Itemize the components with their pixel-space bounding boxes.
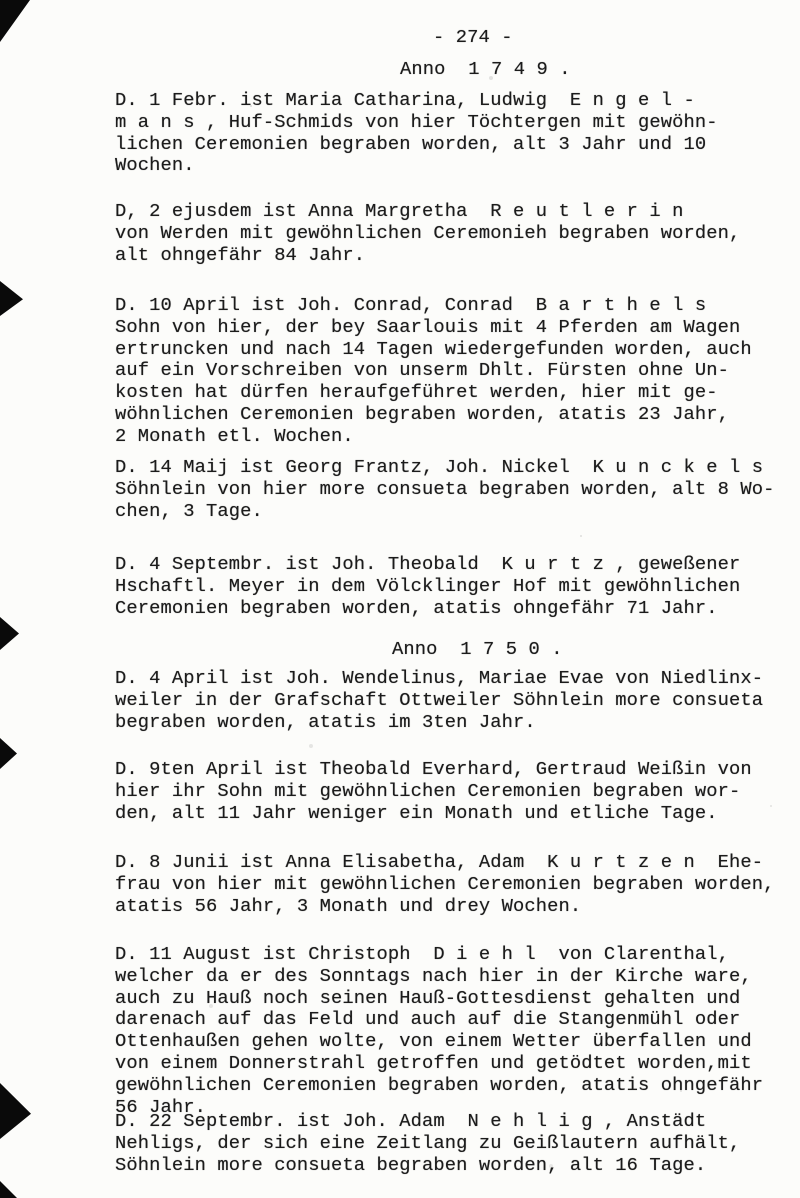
entry-line: Sohn von hier, der bey Saarlouis mit 4 P… <box>115 317 780 339</box>
entry-line: D, 2 ejusdem ist Anna Margretha R e u t … <box>115 201 780 223</box>
entry-line: chen, 3 Tage. <box>115 501 780 523</box>
entry-line: Nehligs, der sich eine Zeitlang zu Geißl… <box>115 1133 780 1155</box>
entry-line: D. 4 Septembr. ist Joh. Theobald K u r t… <box>115 554 780 576</box>
burial-entry-1750-apr-4: D. 4 April ist Joh. Wendelinus, Mariae E… <box>115 668 780 733</box>
entry-line: den, alt 11 Jahr weniger ein Monath und … <box>115 803 780 825</box>
entry-line: Wochen. <box>115 155 780 177</box>
burial-entry-1750-apr-9: D. 9ten April ist Theobald Everhard, Ger… <box>115 759 780 824</box>
entry-line: auch zu Hauß noch seinen Hauß-Gottesdien… <box>115 988 780 1010</box>
entry-line: atatis 56 Jahr, 3 Monath und drey Wochen… <box>115 896 780 918</box>
entry-line: D. 10 April ist Joh. Conrad, Conrad B a … <box>115 295 780 317</box>
burial-entry-1750-aug-11: D. 11 August ist Christoph D i e h l von… <box>115 944 780 1118</box>
entry-line: ertruncken und nach 14 Tagen wiedergefun… <box>115 339 780 361</box>
entry-line: alt ohngefähr 84 Jahr. <box>115 245 780 267</box>
burial-entry-1749-feb-2: D, 2 ejusdem ist Anna Margretha R e u t … <box>115 201 780 266</box>
scan-artifact-top-left <box>0 0 30 42</box>
entry-line: D. 8 Junii ist Anna Elisabetha, Adam K u… <box>115 852 780 874</box>
section-heading-anno-1749: Anno 1 7 4 9 . <box>400 59 571 81</box>
burial-entry-1749-apr-10: D. 10 April ist Joh. Conrad, Conrad B a … <box>115 295 780 448</box>
entry-line: D. 9ten April ist Theobald Everhard, Ger… <box>115 759 780 781</box>
entry-line: Ceremonien begraben worden, atatis ohnge… <box>115 598 780 620</box>
page-number: - 274 - <box>433 27 513 49</box>
scan-artifact-left-2 <box>0 617 19 650</box>
entry-line: D. 1 Febr. ist Maria Catharina, Ludwig E… <box>115 90 780 112</box>
entry-line: D. 4 April ist Joh. Wendelinus, Mariae E… <box>115 668 780 690</box>
entry-line: welcher da er des Sonntags nach hier in … <box>115 966 780 988</box>
entry-line: 2 Monath etl. Wochen. <box>115 426 780 448</box>
entry-line: Söhnlein more consueta begraben worden, … <box>115 1155 780 1177</box>
entry-line: wöhnlichen Ceremonien begraben worden, a… <box>115 404 780 426</box>
burial-entry-1750-sep-22: D. 22 Septembr. ist Joh. Adam N e h l i … <box>115 1111 780 1176</box>
scan-artifact-bottom-corner <box>0 1181 17 1198</box>
scanned-register-page: - 274 - Anno 1 7 4 9 . Anno 1 7 5 0 . D.… <box>0 0 800 1198</box>
entry-line: von Werden mit gewöhnlichen Ceremonieh b… <box>115 223 780 245</box>
entry-line: hier ihr Sohn mit gewöhnlichen Ceremonie… <box>115 781 780 803</box>
entry-line: Söhnlein von hier more consueta begraben… <box>115 479 780 501</box>
entry-line: darenach auf das Feld und auch auf die S… <box>115 1009 780 1031</box>
scan-artifact-bottom-left <box>0 1083 31 1139</box>
burial-entry-1749-may-14: D. 14 Maij ist Georg Frantz, Joh. Nickel… <box>115 457 780 522</box>
entry-line: D. 22 Septembr. ist Joh. Adam N e h l i … <box>115 1111 780 1133</box>
entry-line: weiler in der Grafschaft Ottweiler Söhnl… <box>115 690 780 712</box>
burial-entry-1750-jun-8: D. 8 Junii ist Anna Elisabetha, Adam K u… <box>115 852 780 917</box>
scan-artifact-left-3 <box>0 738 17 769</box>
section-heading-anno-1750: Anno 1 7 5 0 . <box>392 639 563 661</box>
entry-line: m a n s , Huf-Schmids von hier Töchterge… <box>115 112 780 134</box>
entry-line: kosten hat dürfen heraufgeführet werden,… <box>115 382 780 404</box>
entry-line: D. 11 August ist Christoph D i e h l von… <box>115 944 780 966</box>
entry-line: von einem Donnerstrahl getroffen und get… <box>115 1053 780 1075</box>
entry-line: Ottenhaußen gehen wolte, von einem Wette… <box>115 1031 780 1053</box>
burial-entry-1749-feb-1: D. 1 Febr. ist Maria Catharina, Ludwig E… <box>115 90 780 177</box>
burial-entry-1749-sep-4: D. 4 Septembr. ist Joh. Theobald K u r t… <box>115 554 780 619</box>
scan-artifact-left-1 <box>0 281 23 316</box>
entry-line: auf ein Vorschreiben von unserm Dhlt. Fü… <box>115 360 780 382</box>
entry-line: Hschaftl. Meyer in dem Völcklinger Hof m… <box>115 576 780 598</box>
entry-line: begraben worden, atatis im 3ten Jahr. <box>115 712 780 734</box>
entry-line: frau von hier mit gewöhnlichen Ceremonie… <box>115 874 780 896</box>
entry-line: D. 14 Maij ist Georg Frantz, Joh. Nickel… <box>115 457 780 479</box>
entry-line: lichen Ceremonien begraben worden, alt 3… <box>115 134 780 156</box>
entry-line: gewöhnlichen Ceremonien begraben worden,… <box>115 1075 780 1097</box>
